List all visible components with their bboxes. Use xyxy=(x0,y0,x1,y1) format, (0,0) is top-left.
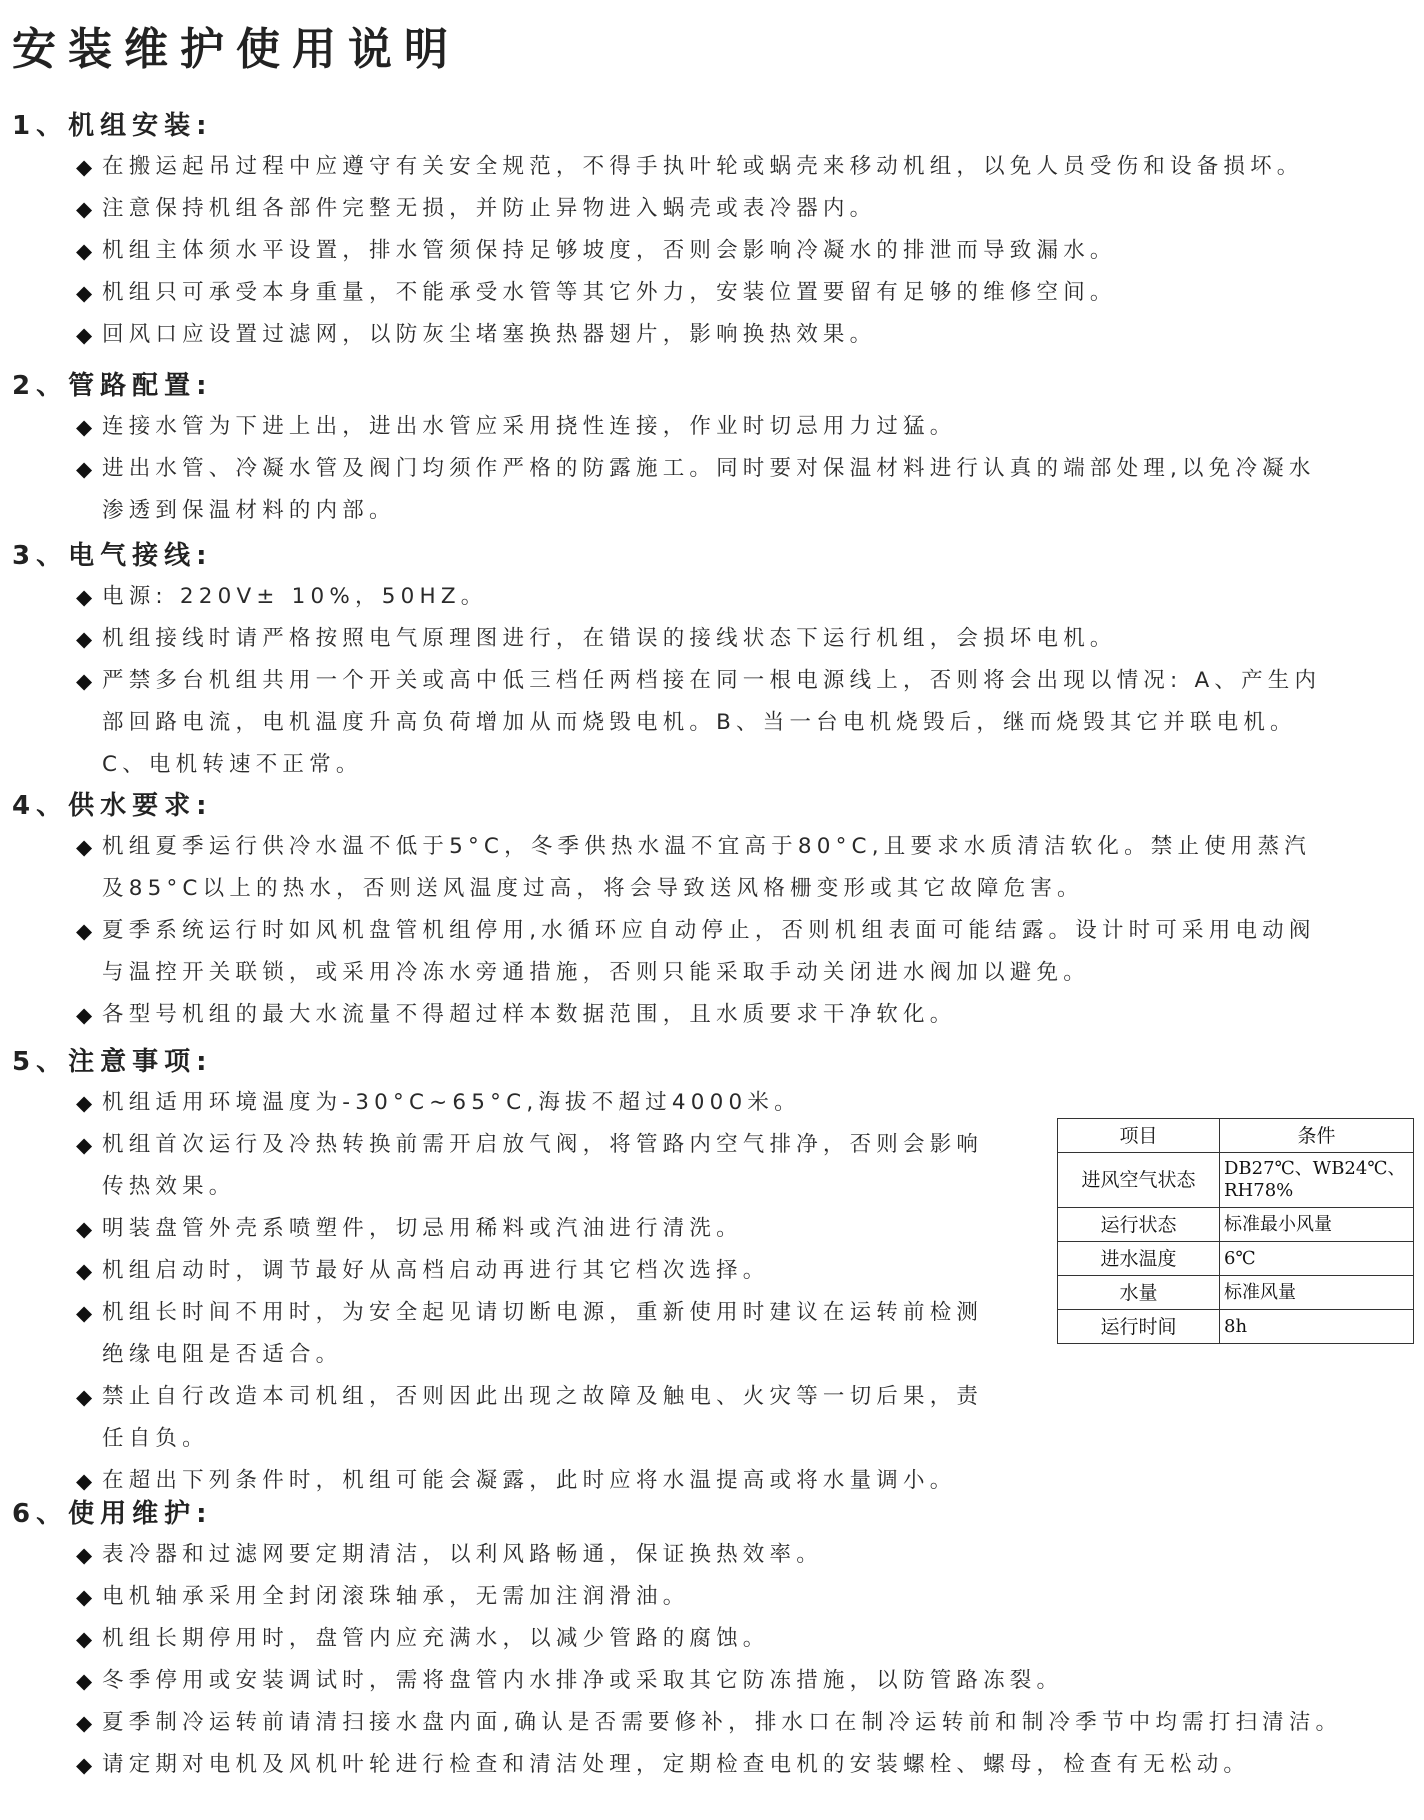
diamond-bullet-icon: ◆ xyxy=(76,1082,102,1124)
diamond-bullet-icon: ◆ xyxy=(76,1618,102,1660)
item-text-cont: 渗透到保温材料的内部。 xyxy=(102,498,396,523)
diamond-bullet-icon: ◆ xyxy=(76,1744,102,1786)
diamond-bullet-icon: ◆ xyxy=(76,1124,102,1166)
cell-condition: 标准风量 xyxy=(1220,1276,1414,1310)
list-item: ◆注意保持机组各部件完整无损，并防止异物进入蜗壳或表冷器内。 xyxy=(76,188,1412,230)
list-item: ◆明装盘管外壳系喷塑件，切忌用稀料或汽油进行清洗。 xyxy=(76,1208,1052,1250)
list-item: ◆连接水管为下进上出，进出水管应采用挠性连接，作业时切忌用力过猛。 xyxy=(76,406,1412,448)
cell-condition: DB27℃、WB24℃、RH78% xyxy=(1220,1153,1414,1208)
cell-condition: 标准最小风量 xyxy=(1220,1208,1414,1242)
item-text: 明装盘管外壳系喷塑件，切忌用稀料或汽油进行清洗。 xyxy=(102,1216,743,1241)
item-text: 注意保持机组各部件完整无损，并防止异物进入蜗壳或表冷器内。 xyxy=(102,196,876,221)
cell-item: 水量 xyxy=(1058,1276,1220,1310)
cell-item: 进水温度 xyxy=(1058,1242,1220,1276)
list-item: ◆夏季系统运行时如风机盘管机组停用,水循环应自动停止，否则机组表面可能结露。设计… xyxy=(76,910,1412,994)
condensation-conditions-table: 项目 条件 进风空气状态 DB27℃、WB24℃、RH78% 运行状态 标准最小… xyxy=(1057,1118,1414,1344)
list-item: ◆各型号机组的最大水流量不得超过样本数据范围，且水质要求干净软化。 xyxy=(76,994,1412,1036)
section-piping: 2、管路配置: ◆连接水管为下进上出，进出水管应采用挠性连接，作业时切忌用力过猛… xyxy=(12,366,1412,532)
section-maintenance: 6、使用维护: ◆表冷器和过滤网要定期清洁，以利风路畅通，保证换热效率。 ◆电机… xyxy=(12,1494,1412,1786)
item-text: 各型号机组的最大水流量不得超过样本数据范围，且水质要求干净软化。 xyxy=(102,1002,956,1027)
column-header-condition: 条件 xyxy=(1220,1119,1414,1153)
list-item: ◆机组启动时，调节最好从高档启动再进行其它档次选择。 xyxy=(76,1250,1052,1292)
list-item: ◆机组主体须水平设置，排水管须保持足够坡度，否则会影响冷凝水的排泄而导致漏水。 xyxy=(76,230,1412,272)
diamond-bullet-icon: ◆ xyxy=(76,826,102,868)
page-title: 安装维护使用说明 xyxy=(12,20,460,80)
item-text: 回风口应设置过滤网，以防灰尘堵塞换热器翅片，影响换热效果。 xyxy=(102,322,876,347)
cell-condition: 8h xyxy=(1220,1310,1414,1344)
diamond-bullet-icon: ◆ xyxy=(76,1660,102,1702)
item-text: 表冷器和过滤网要定期清洁，以利风路畅通，保证换热效率。 xyxy=(102,1542,823,1567)
item-text: 电机轴承采用全封闭滚珠轴承，无需加注润滑油。 xyxy=(102,1584,689,1609)
diamond-bullet-icon: ◆ xyxy=(76,1534,102,1576)
item-text: 连接水管为下进上出，进出水管应采用挠性连接，作业时切忌用力过猛。 xyxy=(102,414,956,439)
cell-item: 进风空气状态 xyxy=(1058,1153,1220,1208)
list-item: ◆电机轴承采用全封闭滚珠轴承，无需加注润滑油。 xyxy=(76,1576,1412,1618)
diamond-bullet-icon: ◆ xyxy=(76,1292,102,1334)
item-text-cont: 与温控开关联锁，或采用冷冻水旁通措施，否则只能采取手动关闭进水阀加以避免。 xyxy=(102,960,1090,985)
item-text: 夏季系统运行时如风机盘管机组停用,水循环应自动停止，否则机组表面可能结露。设计时… xyxy=(102,918,1316,943)
list-item: ◆机组首次运行及冷热转换前需开启放气阀，将管路内空气排净，否则会影响传热效果。 xyxy=(76,1124,1052,1208)
item-text: 机组接线时请严格按照电气原理图进行，在错误的接线状态下运行机组，会损坏电机。 xyxy=(102,626,1117,651)
diamond-bullet-icon: ◆ xyxy=(76,994,102,1036)
table-row: 运行状态 标准最小风量 xyxy=(1058,1208,1414,1242)
item-text: 严禁多台机组共用一个开关或高中低三档任两档接在同一根电源线上，否则将会出现以情况… xyxy=(102,668,1321,693)
item-text: 在超出下列条件时，机组可能会凝露，此时应将水温提高或将水量调小。 xyxy=(102,1468,956,1493)
list-item: ◆机组只可承受本身重量，不能承受水管等其它外力，安装位置要留有足够的维修空间。 xyxy=(76,272,1412,314)
diamond-bullet-icon: ◆ xyxy=(76,448,102,490)
cell-item: 运行时间 xyxy=(1058,1310,1220,1344)
section-water-supply: 4、供水要求: ◆机组夏季运行供冷水温不低于5°C，冬季供热水温不宜高于80°C… xyxy=(12,786,1412,1036)
diamond-bullet-icon: ◆ xyxy=(76,314,102,356)
table-header-row: 项目 条件 xyxy=(1058,1119,1414,1153)
section-electrical: 3、电气接线: ◆电源: 220V± 10%，50HZ。 ◆机组接线时请严格按照… xyxy=(12,536,1412,786)
item-text: 请定期对电机及风机叶轮进行检查和清洁处理，定期检查电机的安装螺栓、螺母，检查有无… xyxy=(102,1752,1250,1777)
diamond-bullet-icon: ◆ xyxy=(76,1250,102,1292)
item-text: 机组启动时，调节最好从高档启动再进行其它档次选择。 xyxy=(102,1258,770,1283)
item-text: 电源: 220V± 10%，50HZ。 xyxy=(102,584,488,609)
table-row: 进水温度 6℃ xyxy=(1058,1242,1414,1276)
section-heading: 4、供水要求: xyxy=(12,786,1412,826)
item-text: 机组夏季运行供冷水温不低于5°C，冬季供热水温不宜高于80°C,且要求水质清洁软… xyxy=(102,834,1311,859)
table-row: 运行时间 8h xyxy=(1058,1310,1414,1344)
diamond-bullet-icon: ◆ xyxy=(76,272,102,314)
list-item: ◆冬季停用或安装调试时，需将盘管内水排净或采取其它防冻措施，以防管路冻裂。 xyxy=(76,1660,1412,1702)
diamond-bullet-icon: ◆ xyxy=(76,230,102,272)
section-heading: 1、机组安装: xyxy=(12,106,1412,146)
item-text: 夏季制冷运转前请清扫接水盘内面,确认是否需要修补，排水口在制冷运转前和制冷季节中… xyxy=(102,1710,1342,1735)
item-text-cont: 部回路电流，电机温度升高负荷增加从而烧毁电机。B、当一台电机烧毁后，继而烧毁其它… xyxy=(102,710,1297,735)
item-text-cont: 传热效果。 xyxy=(102,1174,236,1199)
item-text-cont: 及85°C以上的热水，否则送风温度过高，将会导致送风格栅变形或其它故障危害。 xyxy=(102,876,1084,901)
item-text-cont: 任自负。 xyxy=(102,1426,209,1451)
list-item: ◆在搬运起吊过程中应遵守有关安全规范，不得手执叶轮或蜗壳来移动机组，以免人员受伤… xyxy=(76,146,1412,188)
section-heading: 2、管路配置: xyxy=(12,366,1412,406)
item-text: 机组主体须水平设置，排水管须保持足够坡度，否则会影响冷凝水的排泄而导致漏水。 xyxy=(102,238,1117,263)
diamond-bullet-icon: ◆ xyxy=(76,1576,102,1618)
diamond-bullet-icon: ◆ xyxy=(76,1208,102,1250)
list-item: ◆机组适用环境温度为-30°C~65°C,海拔不超过4000米。 xyxy=(76,1082,1052,1124)
section-heading: 6、使用维护: xyxy=(12,1494,1412,1534)
item-text: 冬季停用或安装调试时，需将盘管内水排净或采取其它防冻措施，以防管路冻裂。 xyxy=(102,1668,1063,1693)
diamond-bullet-icon: ◆ xyxy=(76,1702,102,1744)
list-item: ◆表冷器和过滤网要定期清洁，以利风路畅通，保证换热效率。 xyxy=(76,1534,1412,1576)
column-header-item: 项目 xyxy=(1058,1119,1220,1153)
list-item: ◆回风口应设置过滤网，以防灰尘堵塞换热器翅片，影响换热效果。 xyxy=(76,314,1412,356)
diamond-bullet-icon: ◆ xyxy=(76,146,102,188)
diamond-bullet-icon: ◆ xyxy=(76,406,102,448)
item-text: 机组只可承受本身重量，不能承受水管等其它外力，安装位置要留有足够的维修空间。 xyxy=(102,280,1117,305)
list-item: ◆夏季制冷运转前请清扫接水盘内面,确认是否需要修补，排水口在制冷运转前和制冷季节… xyxy=(76,1702,1412,1744)
section-heading: 3、电气接线: xyxy=(12,536,1412,576)
list-item: ◆请定期对电机及风机叶轮进行检查和清洁处理，定期检查电机的安装螺栓、螺母，检查有… xyxy=(76,1744,1412,1786)
table-row: 水量 标准风量 xyxy=(1058,1276,1414,1310)
diamond-bullet-icon: ◆ xyxy=(76,188,102,230)
cell-item: 运行状态 xyxy=(1058,1208,1220,1242)
section-heading: 5、注意事项: xyxy=(12,1042,1412,1082)
list-item: ◆机组长期停用时，盘管内应充满水，以减少管路的腐蚀。 xyxy=(76,1618,1412,1660)
diamond-bullet-icon: ◆ xyxy=(76,910,102,952)
item-text: 机组长时间不用时，为安全起见请切断电源，重新使用时建议在运转前检测 xyxy=(102,1300,983,1325)
diamond-bullet-icon: ◆ xyxy=(76,1376,102,1418)
diamond-bullet-icon: ◆ xyxy=(76,576,102,618)
item-text: 在搬运起吊过程中应遵守有关安全规范，不得手执叶轮或蜗壳来移动机组，以免人员受伤和… xyxy=(102,154,1304,179)
cell-condition: 6℃ xyxy=(1220,1242,1414,1276)
diamond-bullet-icon: ◆ xyxy=(76,618,102,660)
table-row: 进风空气状态 DB27℃、WB24℃、RH78% xyxy=(1058,1153,1414,1208)
list-item: ◆禁止自行改造本司机组，否则因此出现之故障及触电、火灾等一切后果，责任自负。 xyxy=(76,1376,1052,1460)
section-installation: 1、机组安装: ◆在搬运起吊过程中应遵守有关安全规范，不得手执叶轮或蜗壳来移动机… xyxy=(12,106,1412,356)
item-text: 禁止自行改造本司机组，否则因此出现之故障及触电、火灾等一切后果，责 xyxy=(102,1384,983,1409)
item-text: 机组适用环境温度为-30°C~65°C,海拔不超过4000米。 xyxy=(102,1090,801,1115)
list-item: ◆进出水管、冷凝水管及阀门均须作严格的防露施工。同时要对保温材料进行认真的端部处… xyxy=(76,448,1412,532)
list-item: ◆机组接线时请严格按照电气原理图进行，在错误的接线状态下运行机组，会损坏电机。 xyxy=(76,618,1412,660)
list-item: ◆机组长时间不用时，为安全起见请切断电源，重新使用时建议在运转前检测绝缘电阻是否… xyxy=(76,1292,1052,1376)
item-text: 进出水管、冷凝水管及阀门均须作严格的防露施工。同时要对保温材料进行认真的端部处理… xyxy=(102,456,1316,481)
list-item: ◆机组夏季运行供冷水温不低于5°C，冬季供热水温不宜高于80°C,且要求水质清洁… xyxy=(76,826,1412,910)
item-text: 机组长期停用时，盘管内应充满水，以减少管路的腐蚀。 xyxy=(102,1626,770,1651)
diamond-bullet-icon: ◆ xyxy=(76,660,102,702)
item-text: 机组首次运行及冷热转换前需开启放气阀，将管路内空气排净，否则会影响 xyxy=(102,1132,983,1157)
list-item: ◆电源: 220V± 10%，50HZ。 xyxy=(76,576,1412,618)
item-text-cont: 绝缘电阻是否适合。 xyxy=(102,1342,342,1367)
list-item: ◆严禁多台机组共用一个开关或高中低三档任两档接在同一根电源线上，否则将会出现以情… xyxy=(76,660,1412,786)
item-text-cont: C、电机转速不正常。 xyxy=(102,752,363,777)
